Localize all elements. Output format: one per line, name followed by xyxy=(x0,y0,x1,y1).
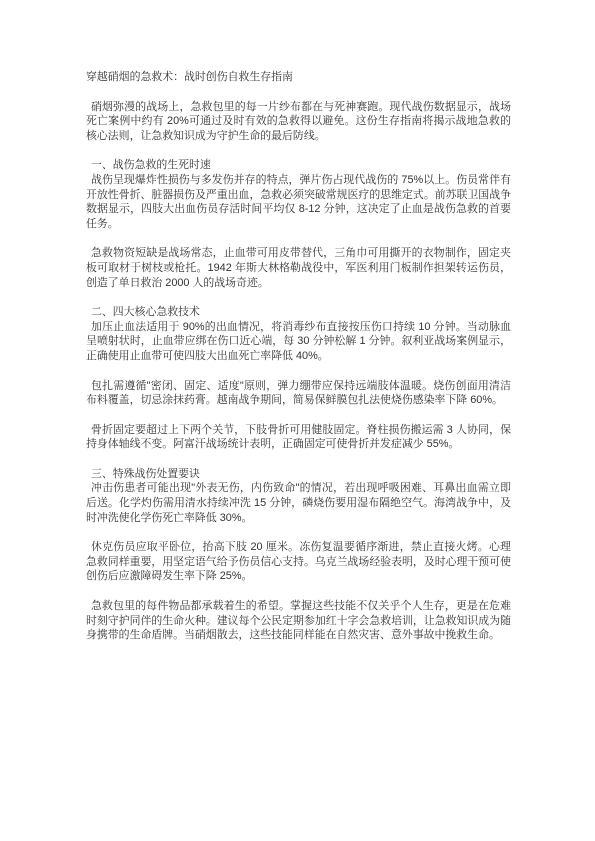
section-1-paragraph-2: 急救物资短缺是战场常态，止血带可用皮带替代，三角巾可用撕开的衣物制作，固定夹板可… xyxy=(86,246,511,290)
document-title: 穿越硝烟的急救术：战时创伤自救生存指南 xyxy=(86,70,511,85)
section-1-heading: 一、战伤急救的生死时速 xyxy=(86,158,511,173)
section-2-paragraph-3: 骨折固定要超过上下两个关节，下肢骨折可用健肢固定。脊柱损伤搬运需 3 人协同，保… xyxy=(86,423,511,452)
section-1-paragraph-1: 战伤呈现爆炸性损伤与多发伤并存的特点，弹片伤占现代战伤的 75%以上。伤员常伴有… xyxy=(86,173,511,231)
section-battlefield-first-aid-timing: 一、战伤急救的生死时速 战伤呈现爆炸性损伤与多发伤并存的特点，弹片伤占现代战伤的… xyxy=(86,158,511,290)
section-core-first-aid-techniques: 二、四大核心急救技术 加压止血法适用于 90%的出血情况，将消毒纱布直接按压伤口… xyxy=(86,305,511,452)
section-2-paragraph-2: 包扎需遵循"密闭、固定、适度"原则，弹力绷带应保持远端肢体温暖。烧伤创面用清洁布… xyxy=(86,379,511,408)
section-special-wound-handling: 三、特殊战伤处置要诀 冲击伤患者可能出现"外表无伤，内伤致命"的情况，若出现呼吸… xyxy=(86,467,511,584)
section-3-paragraph-2: 休克伤员应取平卧位，抬高下肢 20 厘米。冻伤复温要循序渐进，禁止直接火烤。心理… xyxy=(86,540,511,584)
section-2-paragraph-1: 加压止血法适用于 90%的出血情况，将消毒纱布直接按压伤口持续 10 分钟。当动… xyxy=(86,320,511,364)
section-2-heading: 二、四大核心急救技术 xyxy=(86,305,511,320)
section-3-paragraph-1: 冲击伤患者可能出现"外表无伤，内伤致命"的情况，若出现呼吸困难、耳鼻出血需立即后… xyxy=(86,481,511,525)
document-page: 穿越硝烟的急救术：战时创伤自救生存指南 硝烟弥漫的战场上，急救包里的每一片纱布都… xyxy=(0,0,595,841)
intro-paragraph: 硝烟弥漫的战场上，急救包里的每一片纱布都在与死神赛跑。现代战伤数据显示，战场死亡… xyxy=(86,100,511,144)
section-3-heading: 三、特殊战伤处置要诀 xyxy=(86,467,511,482)
conclusion-paragraph: 急救包里的每件物品都承载着生的希望。掌握这些技能不仅关乎个人生存，更是在危难时刻… xyxy=(86,599,511,643)
